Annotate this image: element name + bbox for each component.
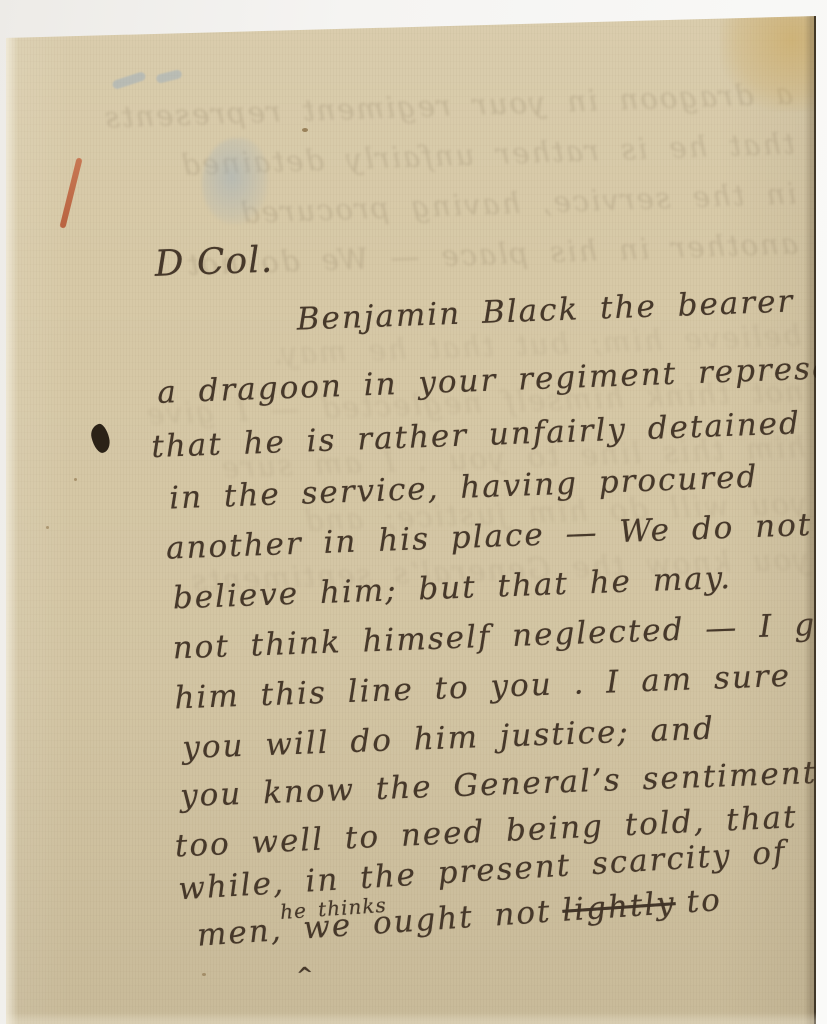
paper-speck — [74, 478, 77, 481]
scanned-letter-screenshot: a dragoon in your regiment represents th… — [0, 0, 827, 1024]
blue-pencil-smudge — [155, 69, 182, 84]
insertion-anchor: he thinks^ — [293, 928, 304, 939]
caret-insertion-mark: ^ — [296, 962, 316, 987]
red-pencil-stroke — [59, 157, 82, 228]
letter-line: Benjamin Black the bearer — [296, 282, 827, 352]
letter-body: D Col. Benjamin Black the bearer a drago… — [144, 209, 827, 969]
paper-speck — [202, 973, 206, 976]
final-line-post: to — [685, 882, 722, 920]
salutation: D Col. — [154, 219, 827, 285]
letter-paper: a dragoon in your regiment represents th… — [6, 16, 816, 1024]
paper-edge-bottom — [6, 1012, 816, 1024]
bleed-through-line: that he is rather unfairly detained — [14, 126, 795, 203]
final-line-pre: men, — [196, 912, 284, 954]
paper-speck — [302, 128, 308, 132]
paper-deckle-edge-left — [6, 16, 18, 1024]
bleed-through-line: a dragoon in your regiment represents — [13, 76, 794, 153]
struck-word: lightly — [561, 885, 677, 929]
blue-pencil-smudge — [111, 71, 146, 90]
paper-speck — [46, 526, 49, 529]
blue-pencil-smudge — [202, 138, 268, 224]
paper-edge-shadow-right — [804, 16, 816, 1024]
ink-blot — [89, 422, 113, 454]
